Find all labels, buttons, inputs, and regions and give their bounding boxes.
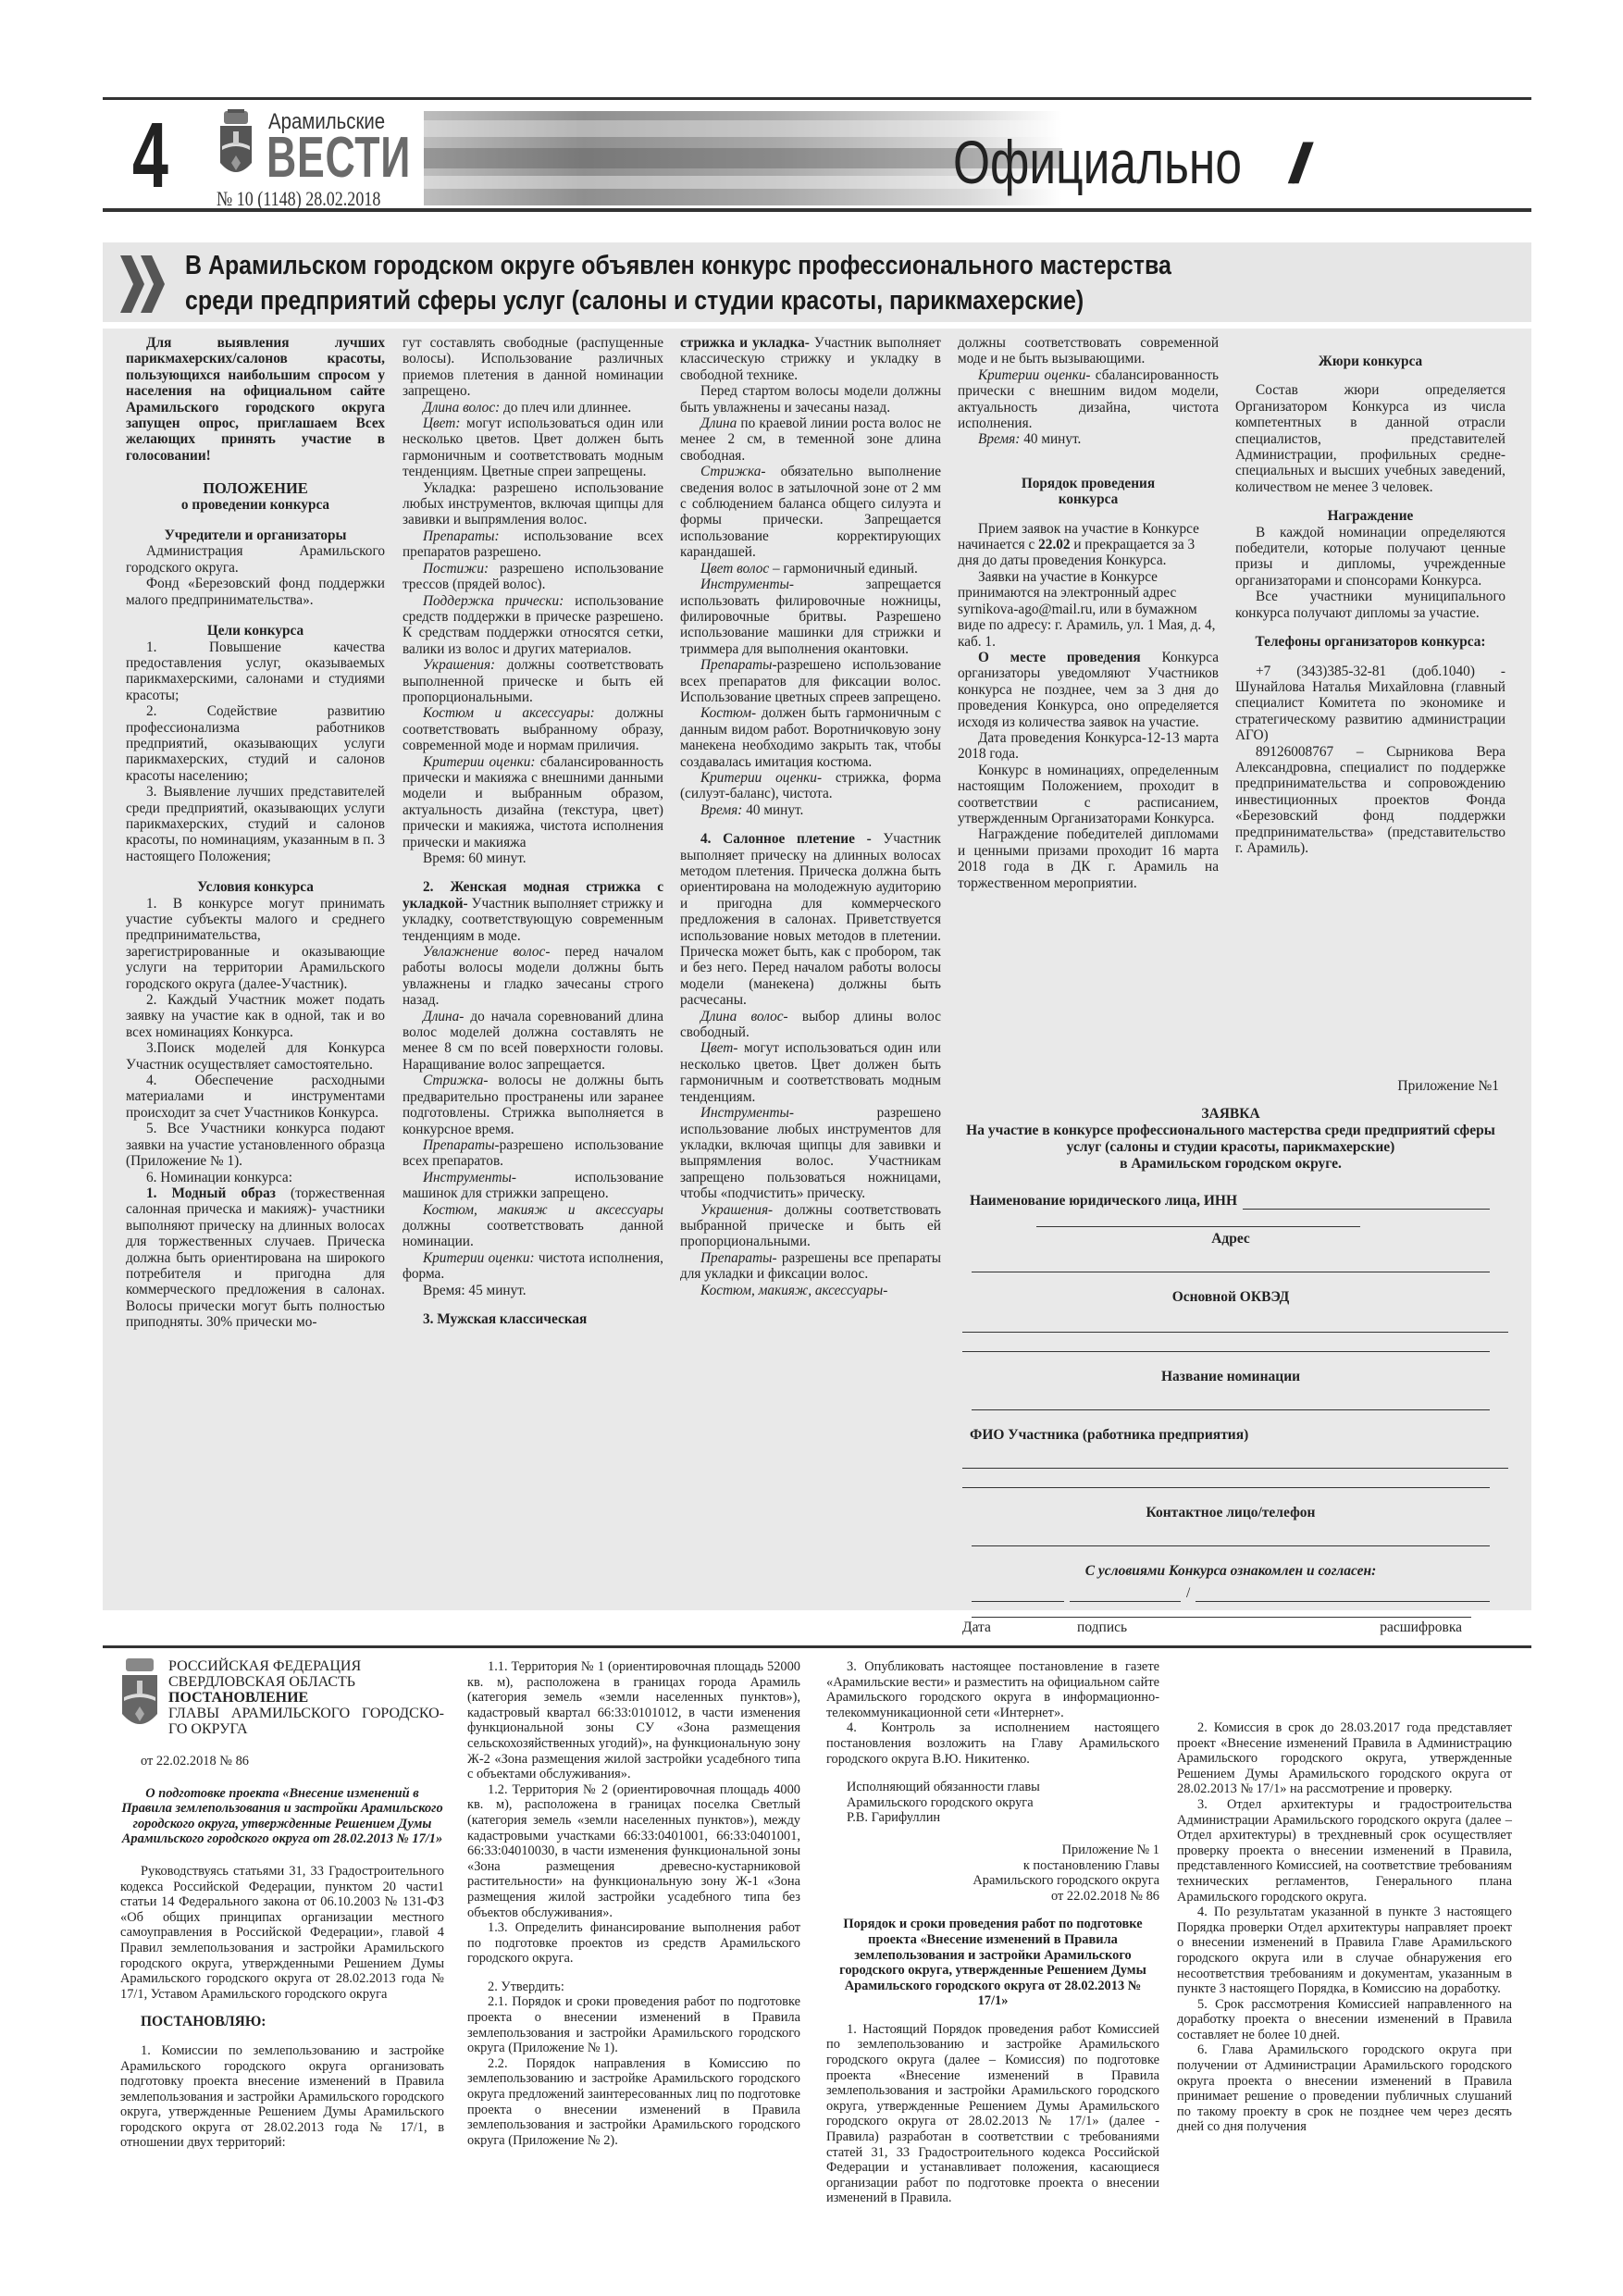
decree-item: 2.1. Порядок и сроки проведения работ по… [467, 1994, 800, 2055]
polozhenie-title: ПОЛОЖЕНИЕ [126, 480, 385, 496]
label: Критерии оценки- [978, 367, 1090, 383]
intro-text: Для выявления лучших парикмахерских/сало… [126, 335, 385, 464]
decree-type: ПОСТАНОВЛЕНИЕ [168, 1690, 444, 1706]
participant-field[interactable] [962, 1457, 1508, 1469]
nomination-field[interactable] [972, 1398, 1490, 1410]
label: Препараты- [700, 1250, 777, 1266]
nomination-1-title: 1. Модный образ [146, 1185, 276, 1201]
text: Участник выполняет прическу на длинных в… [680, 831, 941, 1008]
text: – гармоничный единый. [769, 561, 918, 577]
order-title: Порядок и сроки проведения работ по подг… [826, 1917, 1159, 2009]
masthead-bottom-rule [103, 208, 1531, 212]
form-title: ЗАЯВКА [953, 1106, 1508, 1123]
goal-1: 1. Повышение качества предоставления усл… [126, 639, 385, 704]
label: Длина волос- [700, 1009, 788, 1024]
nomination-1: 1. Модный образ (торжественная салонная … [126, 1185, 385, 1331]
award-heading: Награждение [1235, 508, 1505, 524]
nomination-3-title: 3. Мужская классическая [423, 1311, 587, 1327]
time: Время: 45 минут. [403, 1283, 663, 1298]
nomination-1-text: (торжественная салонная прическа и макия… [126, 1185, 385, 1330]
legal-name-label: Наименование юридического лица, ИНН [970, 1193, 1237, 1210]
order-item: 1. Настоящий Порядок проведения работ Ко… [826, 2022, 1159, 2206]
condition-6: 6. Номинации конкурса: [126, 1170, 385, 1185]
label: Цвет волос [700, 561, 769, 577]
agreement-text: С условиями Конкурса ознакомлен и соглас… [953, 1563, 1508, 1580]
condition-5: 5. Все Участники конкурса подают заявки … [126, 1121, 385, 1169]
date-caption: Дата [962, 1620, 991, 1636]
text: до плеч или длиннее. [500, 400, 631, 416]
decree-item: 3. Опубликовать настоящее постановление … [826, 1659, 1159, 1720]
paragraph: гут составлять свободные (распущенные во… [403, 335, 663, 400]
appendix-line: Приложение № 1 [826, 1843, 1159, 1858]
form-subtitle-2: в Арамильском городском округе. [953, 1156, 1508, 1173]
decree-item: 4. Контроль за исполнением настоящего по… [826, 1720, 1159, 1767]
label: Постижи: [423, 561, 489, 577]
article-headline: В Арамильском городском округе объявлен … [185, 248, 1339, 318]
nomination-label: Название номинации [953, 1369, 1508, 1385]
order-item: 5. Срок рассмотрения Комиссией направлен… [1177, 1997, 1512, 2043]
appendix-line: от 22.02.2018 № 86 [826, 1889, 1159, 1905]
signer-line: Арамильского городского округа [826, 1795, 1159, 1811]
label: Цвет: [423, 416, 460, 431]
participant-label: ФИО Участника (работника предприятия) [953, 1427, 1508, 1444]
start-date: 22.02 [1038, 537, 1070, 552]
okved-label: Основной ОКВЭД [953, 1289, 1508, 1306]
order-item: 4. По результатам указанной в пункте 3 н… [1177, 1905, 1512, 1997]
condition-3: 3.Поиск моделей для Конкурса Участник ос… [126, 1040, 385, 1073]
address-label: Адрес [953, 1231, 1508, 1247]
label: Время: [978, 431, 1020, 447]
label: Костюм- [700, 705, 756, 721]
goal-2: 2. Содействие развитию профессионализма … [126, 703, 385, 784]
application-form: Приложение №1 ЗАЯВКА На участие в конкур… [953, 1078, 1508, 1636]
article-column-3: стрижка и укладка- Участник выполняет кл… [680, 335, 941, 1298]
contact-1: +7 (343)385-32-81 (доб.1040) - Шунайлова… [1235, 664, 1505, 744]
label: Длина [700, 416, 737, 431]
goals-heading: Цели конкурса [126, 623, 385, 639]
signer-name: Р.В. Гарифуллин [826, 1810, 1159, 1826]
label: Костюм, макияж, аксессуары- [700, 1283, 887, 1298]
contact-field[interactable] [972, 1534, 1490, 1546]
form-appendix-label: Приложение №1 [953, 1078, 1508, 1095]
decree-column-1: РОССИЙСКАЯ ФЕДЕРАЦИЯ СВЕРДЛОВСКАЯ ОБЛАСТ… [120, 1657, 444, 2151]
coat-of-arms-icon [218, 109, 254, 181]
decree-header: РОССИЙСКАЯ ФЕДЕРАЦИЯ СВЕРДЛОВСКАЯ ОБЛАСТ… [120, 1657, 444, 1737]
conditions-heading: Условия конкурса [126, 879, 385, 895]
header-line: СВЕРДЛОВСКАЯ ОБЛАСТЬ [168, 1674, 444, 1690]
section-title: Официально [953, 130, 1242, 194]
paragraph: Все участники муниципального конкурса по… [1235, 589, 1505, 621]
condition-4: 4. Обеспечение расходными материалами и … [126, 1073, 385, 1121]
submission-info: Заявки на участие в Конкурсе принимаются… [958, 569, 1219, 650]
header-line: РОССИЙСКАЯ ФЕДЕРАЦИЯ [168, 1658, 444, 1674]
coat-of-arms-icon [120, 1657, 159, 1732]
text: 40 минут. [742, 802, 803, 818]
condition-2: 2. Каждый Участник может подать заявку н… [126, 992, 385, 1040]
contact-2: 89126008767 – Сырникова Вера Александров… [1235, 744, 1505, 857]
label: Инструменты- [700, 577, 794, 592]
article-column-5: Жюри конкурса Состав жюри определяется О… [1235, 335, 1505, 856]
label: Критерии оценки: [423, 754, 535, 770]
label: Украшения: [423, 657, 495, 673]
article-column-4: должны соответствовать современной моде … [958, 335, 1219, 891]
decree-column-2: 1.1. Территория № 1 (ориентировочная пло… [467, 1659, 800, 2148]
decree-date: от 22.02.2018 № 86 [120, 1754, 444, 1769]
nomination-3-title-cont: стрижка и укладка- [680, 335, 810, 351]
text: должны соответствовать данной номинации. [403, 1218, 663, 1249]
label: Длина- [423, 1009, 464, 1024]
label: Поддержка прически: [423, 593, 564, 609]
label: Костюм, макияж и аксессуары [423, 1202, 663, 1218]
label: Украшения- [700, 1202, 773, 1218]
decree-item: 1. Комиссии по землепользованию и застро… [120, 2043, 444, 2151]
signer-line: Исполняющий обязанности главы [826, 1780, 1159, 1795]
masthead-top-rule [103, 97, 1531, 100]
address-field[interactable] [972, 1260, 1490, 1272]
order-item: 2. Комиссия в срок до 28.03.2017 года пр… [1177, 1720, 1512, 1797]
label: Время: [700, 802, 742, 818]
brand-name-big: ВЕСТИ [266, 130, 411, 187]
section-divider [103, 1645, 1531, 1648]
section-slashes-icon: // [1285, 131, 1306, 195]
label: Цвет- [700, 1040, 737, 1056]
decree-item: 2.2. Порядок направления в Комиссию по з… [467, 2056, 800, 2149]
participant-field-2[interactable] [962, 1476, 1490, 1488]
headline-line-1: В Арамильском городском округе объявлен … [185, 248, 1339, 283]
appendix-line: Арамильского городского округа [826, 1873, 1159, 1889]
decree-resolve: ПОСТАНОВЛЯЮ: [120, 2015, 444, 2030]
label: Инструменты- [423, 1170, 516, 1185]
paragraph: Укладка: разрешено использование любых и… [403, 480, 663, 528]
label: О месте проведения [978, 650, 1141, 665]
decree-item: 1.2. Территория № 2 (ориентировочная пло… [467, 1782, 800, 1920]
paragraph: Конкурс в номинациях, определенным насто… [958, 763, 1219, 827]
label: Препараты- [700, 657, 777, 673]
okved-field[interactable] [962, 1321, 1508, 1333]
label: Критерии оценки: [423, 1250, 535, 1266]
label: Препараты: [423, 528, 500, 544]
jury-heading: Жюри конкурса [1235, 354, 1505, 369]
decode-field[interactable] [1196, 1590, 1490, 1602]
label: Стрижка- [700, 464, 766, 479]
polozhenie-subtitle: о проведении конкурса [126, 497, 385, 513]
phones-heading: Телефоны организаторов конкурса: [1235, 634, 1505, 650]
double-chevron-icon [118, 252, 170, 316]
page-number: 4 [132, 109, 168, 202]
founder-1: Администрация Арамильского городского ок… [126, 543, 385, 576]
slash-separator: / [1186, 1585, 1190, 1602]
label: Увлажнение волос- [423, 944, 550, 960]
label: Критерии оценки- [700, 770, 822, 786]
appendix-line: к постановлению Главы [826, 1858, 1159, 1874]
decree-item: 1.3. Определить финансирование выполнени… [467, 1920, 800, 1967]
signature-caption: подпись [1077, 1620, 1127, 1636]
label: Длина волос: [423, 400, 500, 416]
paragraph: должны соответствовать современной моде … [958, 335, 1219, 367]
signature-underline [972, 1606, 1471, 1618]
okved-field-2[interactable] [962, 1340, 1490, 1352]
header-line: ГЛАВЫ АРАМИЛЬСКОГО ГОРОДСКО-ГО ОКРУГА [168, 1706, 444, 1737]
label: Костюм и аксессуары: [423, 705, 595, 721]
form-subtitle: На участие в конкурсе профессионального … [953, 1123, 1508, 1156]
contact-label: Контактное лицо/телефон [953, 1505, 1508, 1521]
order-item: 3. Отдел архитектуры и градостроительств… [1177, 1797, 1512, 1905]
headline-line-2: среди предприятий сферы услуг (салоны и … [185, 283, 1339, 318]
text: 40 минут. [1020, 431, 1081, 447]
legal-name-field-2[interactable] [1036, 1217, 1360, 1227]
nomination-4-title: 4. Салонное плетение - [700, 831, 872, 847]
contest-dates: Дата проведения Конкурса-12-13 марта 201… [958, 730, 1219, 763]
article-column-2: гут составлять свободные (распущенные во… [403, 335, 663, 1327]
decree-title: О подготовке проекта «Внесение изменений… [120, 1786, 444, 1847]
label: Инструменты- [700, 1105, 794, 1121]
time: Время: 60 минут. [403, 850, 663, 866]
legal-name-field[interactable] [1243, 1196, 1490, 1210]
decree-column-3: 3. Опубликовать настоящее постановление … [826, 1659, 1159, 2206]
label: Стрижка- [423, 1073, 489, 1088]
order-heading: Порядок проведения конкурса [958, 476, 1219, 508]
date-field[interactable] [972, 1590, 1064, 1602]
decree-column-4: 2. Комиссия в срок до 28.03.2017 года пр… [1177, 1659, 1512, 2135]
decree-preamble: Руководствуясь статьями 31, 33 Градостро… [120, 1864, 444, 2002]
order-item: 6. Глава Арамильского городского округа … [1177, 2042, 1512, 2135]
paragraph: Состав жюри определяется Организатором К… [1235, 382, 1505, 495]
paragraph: В каждой номинации определяются победите… [1235, 525, 1505, 590]
label: Препараты- [423, 1137, 500, 1153]
decree-item: 1.1. Территория № 1 (ориентировочная пло… [467, 1659, 800, 1782]
decree-item: 2. Утвердить: [467, 1980, 800, 1995]
goal-3: 3. Выявление лучших представителей среди… [126, 784, 385, 864]
founders-heading: Учредители и организаторы [126, 527, 385, 543]
founder-2: Фонд «Березовский фонд поддержки малого … [126, 576, 385, 608]
decode-caption: расшифровка [1380, 1620, 1462, 1636]
paragraph: Награждение победителей дипломами и ценн… [958, 826, 1219, 891]
signature-field[interactable] [1070, 1590, 1181, 1602]
article-column-1: Для выявления лучших парикмахерских/сало… [126, 335, 385, 1331]
condition-1: 1. В конкурсе могут принимать участие су… [126, 896, 385, 992]
paragraph: Перед стартом волосы модели должны быть … [680, 383, 941, 416]
